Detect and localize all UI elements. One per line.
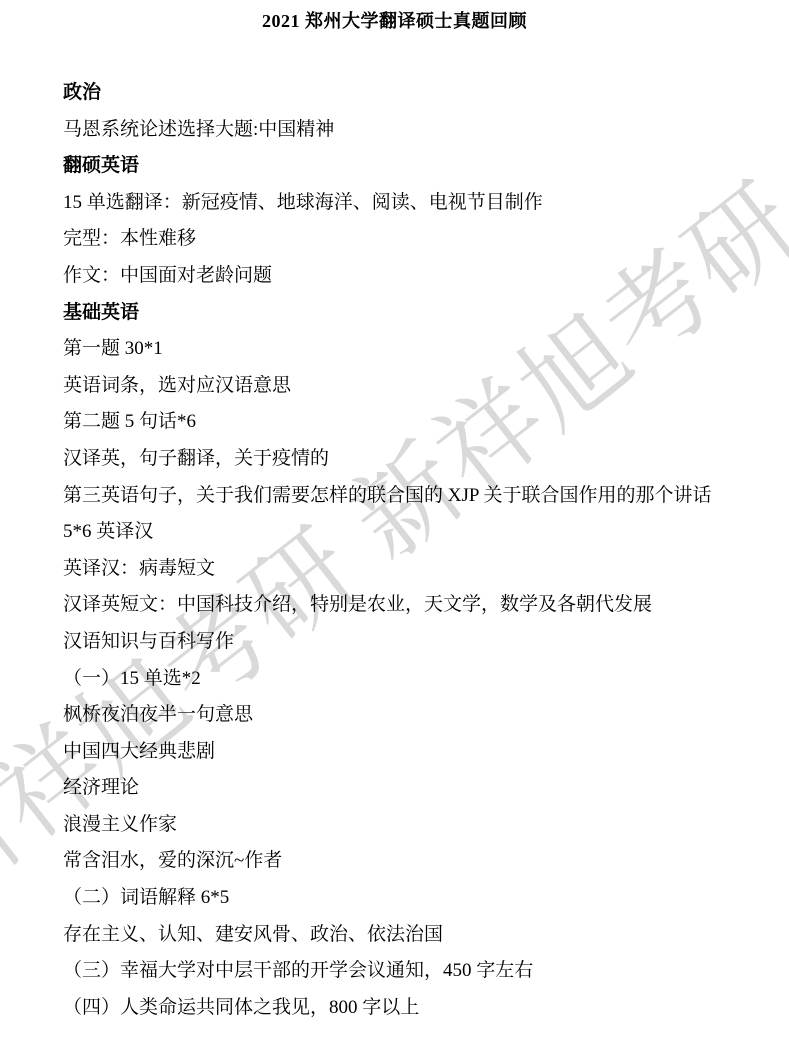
section-heading: 翻硕英语: [63, 148, 753, 185]
doc-line: 枫桥夜泊夜半一句意思: [63, 697, 753, 734]
doc-line: 5*6 英译汉: [63, 514, 753, 551]
doc-line: 汉译英短文：中国科技介绍，特别是农业，天文学，数学及各朝代发展: [63, 587, 753, 624]
section-heading: 政治: [63, 75, 753, 112]
doc-line: 汉语知识与百科写作: [63, 624, 753, 661]
document-title: 2021 郑州大学翻译硕士真题回顾: [0, 0, 789, 33]
doc-line: （四）人类命运共同体之我见，800 字以上: [63, 990, 753, 1027]
doc-line: （二）词语解释 6*5: [63, 880, 753, 917]
doc-line: 存在主义、认知、建安风骨、政治、依法治国: [63, 917, 753, 954]
section-heading: 基础英语: [63, 295, 753, 332]
doc-line: 常含泪水，爱的深沉~作者: [63, 843, 753, 880]
doc-line: 中国四大经典悲剧: [63, 734, 753, 771]
doc-line: 浪漫主义作家: [63, 807, 753, 844]
doc-line: 英译汉：病毒短文: [63, 551, 753, 588]
doc-line: 15 单选翻译：新冠疫情、地球海洋、阅读、电视节目制作: [63, 185, 753, 222]
doc-line: 英语词条，选对应汉语意思: [63, 368, 753, 405]
doc-line: （一）15 单选*2: [63, 661, 753, 698]
doc-line: （三）幸福大学对中层干部的开学会议通知，450 字左右: [63, 953, 753, 990]
doc-line: 第二题 5 句话*6: [63, 404, 753, 441]
doc-line: 作文：中国面对老龄问题: [63, 258, 753, 295]
doc-line: 汉译英，句子翻译，关于疫情的: [63, 441, 753, 478]
doc-line: 完型：本性难移: [63, 221, 753, 258]
doc-line: 马恩系统论述选择大题:中国精神: [63, 112, 753, 149]
doc-line: 第三英语句子，关于我们需要怎样的联合国的 XJP 关于联合国作用的那个讲话: [63, 478, 753, 515]
document-body: 政治马恩系统论述选择大题:中国精神翻硕英语15 单选翻译：新冠疫情、地球海洋、阅…: [63, 75, 753, 1026]
document-page: 新祥旭考研 新祥旭考研 2021 郑州大学翻译硕士真题回顾 政治马恩系统论述选择…: [0, 0, 789, 1057]
doc-line: 第一题 30*1: [63, 331, 753, 368]
doc-line: 经济理论: [63, 770, 753, 807]
